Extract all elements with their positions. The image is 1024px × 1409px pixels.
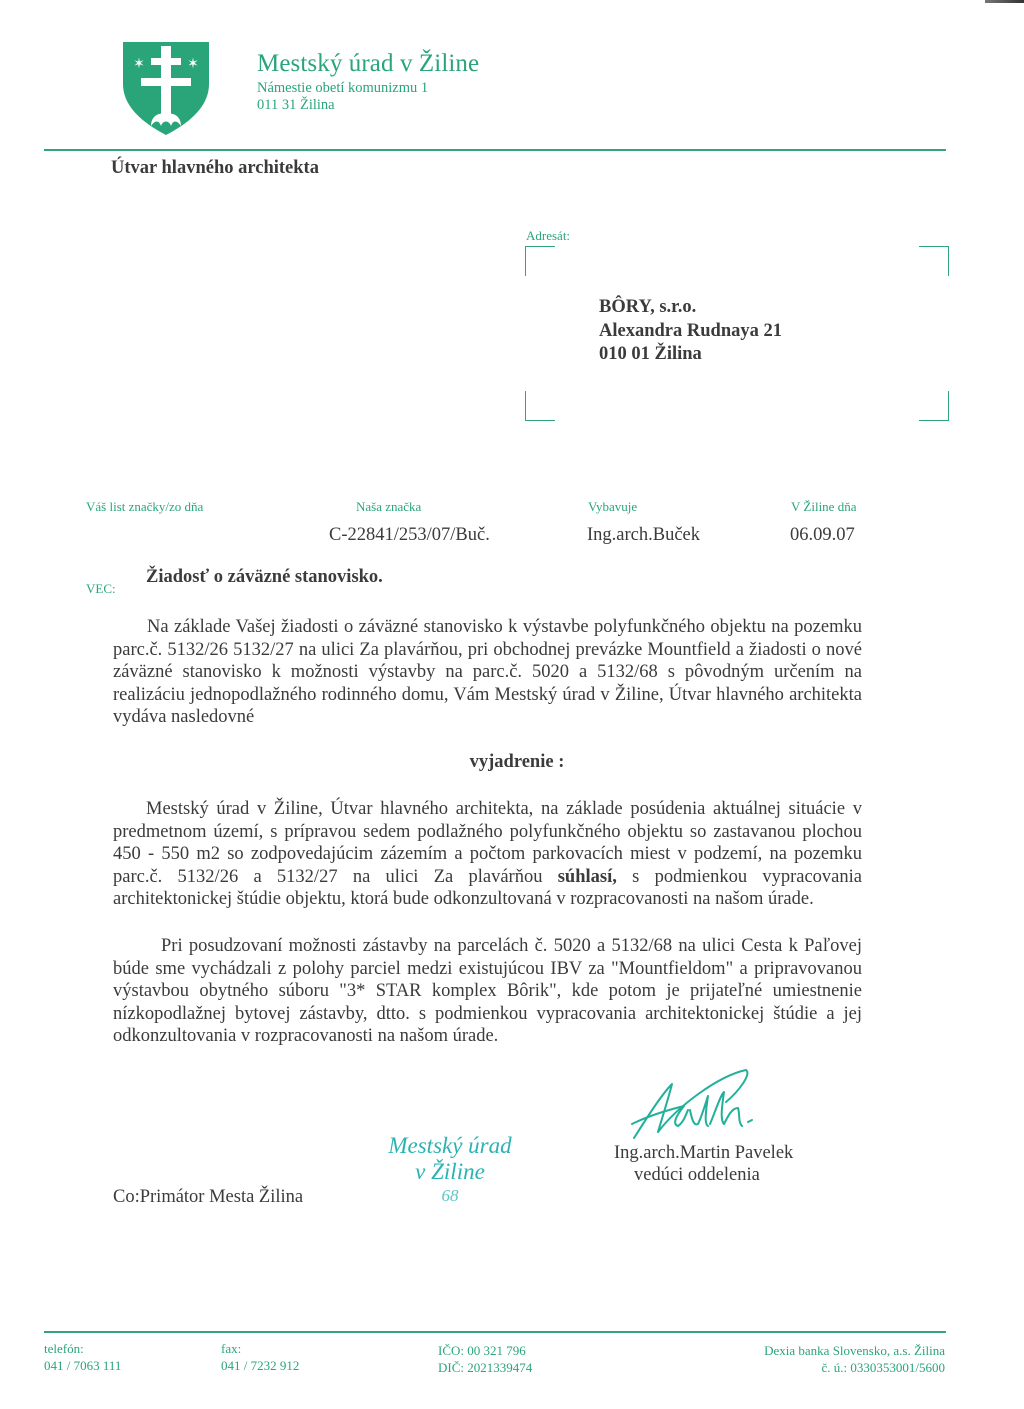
handwritten-signature-icon bbox=[628, 1066, 788, 1146]
date-value: 06.09.07 bbox=[790, 525, 855, 546]
subject-text: Žiadosť o záväzné stanovisko. bbox=[146, 567, 383, 588]
addressee-city: 010 01 Žilina bbox=[599, 343, 782, 367]
handler-value: Ing.arch.Buček bbox=[587, 525, 700, 546]
scan-edge-mark bbox=[985, 0, 1024, 3]
stamp-number: 68 bbox=[370, 1185, 530, 1207]
body-paragraph-2: Mestský úrad v Žiline, Útvar hlavného ar… bbox=[113, 798, 862, 911]
phone-label: telefón: bbox=[44, 1340, 121, 1357]
stamp-line-1: Mestský úrad bbox=[370, 1133, 530, 1159]
approval-keyword: súhlasí, bbox=[558, 867, 617, 887]
phone-value: 041 / 7063 111 bbox=[44, 1357, 121, 1374]
bank-account: č. ú.: 0330353001/5600 bbox=[690, 1359, 945, 1376]
office-stamp: Mestský úrad v Žiline 68 bbox=[370, 1133, 530, 1207]
footer-divider bbox=[44, 1331, 946, 1333]
stamp-line-2: v Žiline bbox=[370, 1159, 530, 1185]
bank-name: Dexia banka Slovensko, a.s. Žilina bbox=[690, 1342, 945, 1359]
addressee-street: Alexandra Rudnaya 21 bbox=[599, 320, 782, 344]
statement-heading: vyjadrenie : bbox=[0, 752, 1024, 773]
subject-label: VEC: bbox=[86, 581, 116, 597]
footer-bank: Dexia banka Slovensko, a.s. Žilina č. ú.… bbox=[690, 1342, 945, 1376]
footer-company-ids: IČO: 00 321 796 DIČ: 2021339474 bbox=[438, 1342, 532, 1376]
address-frame-corner bbox=[525, 246, 555, 276]
fax-value: 041 / 7232 912 bbox=[221, 1357, 299, 1374]
dic-number: DIČ: 2021339474 bbox=[438, 1359, 532, 1376]
signer-name: Ing.arch.Martin Pavelek bbox=[614, 1142, 793, 1165]
address-frame-corner bbox=[919, 391, 949, 421]
footer-phone: telefón: 041 / 7063 111 bbox=[44, 1340, 121, 1374]
carbon-copy-recipient: Co:Primátor Mesta Žilina bbox=[113, 1187, 303, 1208]
handler-label: Vybavuje bbox=[588, 499, 637, 515]
organization-street: Námestie obetí komunizmu 1 bbox=[257, 80, 428, 97]
date-label: V Žiline dňa bbox=[791, 499, 856, 515]
body-paragraph-3: Pri posudzovaní možnosti zástavby na par… bbox=[113, 935, 862, 1048]
body-paragraph-1: Na základe Vašej žiadosti o záväzné stan… bbox=[113, 616, 862, 729]
svg-text:✶: ✶ bbox=[133, 56, 145, 72]
our-ref-value: C-22841/253/07/Buč. bbox=[329, 525, 490, 546]
ico-number: IČO: 00 321 796 bbox=[438, 1342, 532, 1359]
address-frame-corner bbox=[919, 246, 949, 276]
coat-of-arms-icon: ✶ ✶ bbox=[121, 40, 211, 136]
fax-label: fax: bbox=[221, 1340, 299, 1357]
svg-text:✶: ✶ bbox=[187, 56, 199, 72]
header-divider bbox=[44, 149, 946, 151]
organization-city: 011 31 Žilina bbox=[257, 97, 335, 114]
our-ref-label: Naša značka bbox=[356, 499, 421, 515]
addressee-label: Adresát: bbox=[526, 228, 570, 244]
addressee-company: BÔRY, s.r.o. bbox=[599, 296, 782, 320]
organization-name: Mestský úrad v Žiline bbox=[257, 50, 479, 78]
department-title: Útvar hlavného architekta bbox=[111, 158, 319, 179]
your-ref-label: Váš list značky/zo dňa bbox=[86, 499, 203, 515]
footer-fax: fax: 041 / 7232 912 bbox=[221, 1340, 299, 1374]
addressee-block: BÔRY, s.r.o. Alexandra Rudnaya 21 010 01… bbox=[599, 296, 782, 367]
address-frame-corner bbox=[525, 391, 555, 421]
signer-role: vedúci oddelenia bbox=[634, 1165, 760, 1186]
